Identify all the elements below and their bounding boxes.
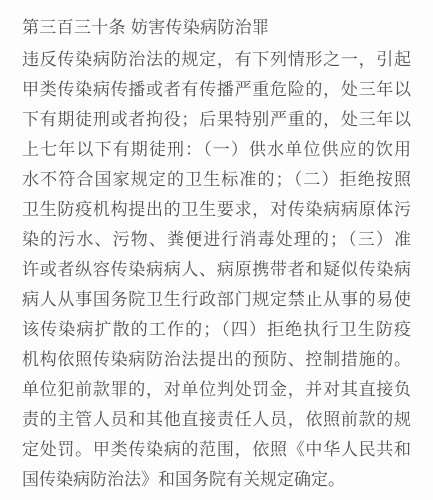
article-body-line: 定处罚。甲类传染病的范围，依照《中华人民共和: [22, 435, 411, 465]
article-body-line: 染的污水、污物、粪便进行消毒处理的；（三）准: [22, 225, 411, 255]
article-body-line: 责的主管人员和其他直接责任人员，依照前款的规: [22, 405, 411, 435]
article-body-line: 违反传染病防治法的规定，有下列情形之一，引起: [22, 45, 411, 75]
article-body-line: 水不符合国家规定的卫生标准的；（二）拒绝按照: [22, 165, 411, 195]
article-body-line: 病人从事国务院卫生行政部门规定禁止从事的易使: [22, 285, 411, 315]
article-body-line: 上七年以下有期徒刑：（一）供水单位供应的饮用: [22, 135, 411, 165]
article-heading: 第三百三十条 妨害传染病防治罪: [22, 13, 411, 43]
article-body-line: 许或者纵容传染病病人、病原携带者和疑似传染病: [22, 255, 411, 285]
article-body: 违反传染病防治法的规定，有下列情形之一，引起 甲类传染病传播或者有传播严重危险的…: [22, 45, 411, 495]
article-body-line: 卫生防疫机构提出的卫生要求，对传染病病原体污: [22, 195, 411, 225]
article-body-line: 单位犯前款罪的，对单位判处罚金，并对其直接负: [22, 375, 411, 405]
article-body-line: 甲类传染病传播或者有传播严重危险的，处三年以: [22, 75, 411, 105]
article-body-line: 下有期徒刑或者拘役；后果特别严重的，处三年以: [22, 105, 411, 135]
law-article-page: 第三百三十条 妨害传染病防治罪 违反传染病防治法的规定，有下列情形之一，引起 甲…: [0, 0, 433, 500]
article-body-line: 该传染病扩散的工作的；（四）拒绝执行卫生防疫: [22, 315, 411, 345]
article-body-line: 机构依照传染病防治法提出的预防、控制措施的。: [22, 345, 411, 375]
article-body-line: 国传染病防治法》和国务院有关规定确定。: [22, 465, 411, 495]
